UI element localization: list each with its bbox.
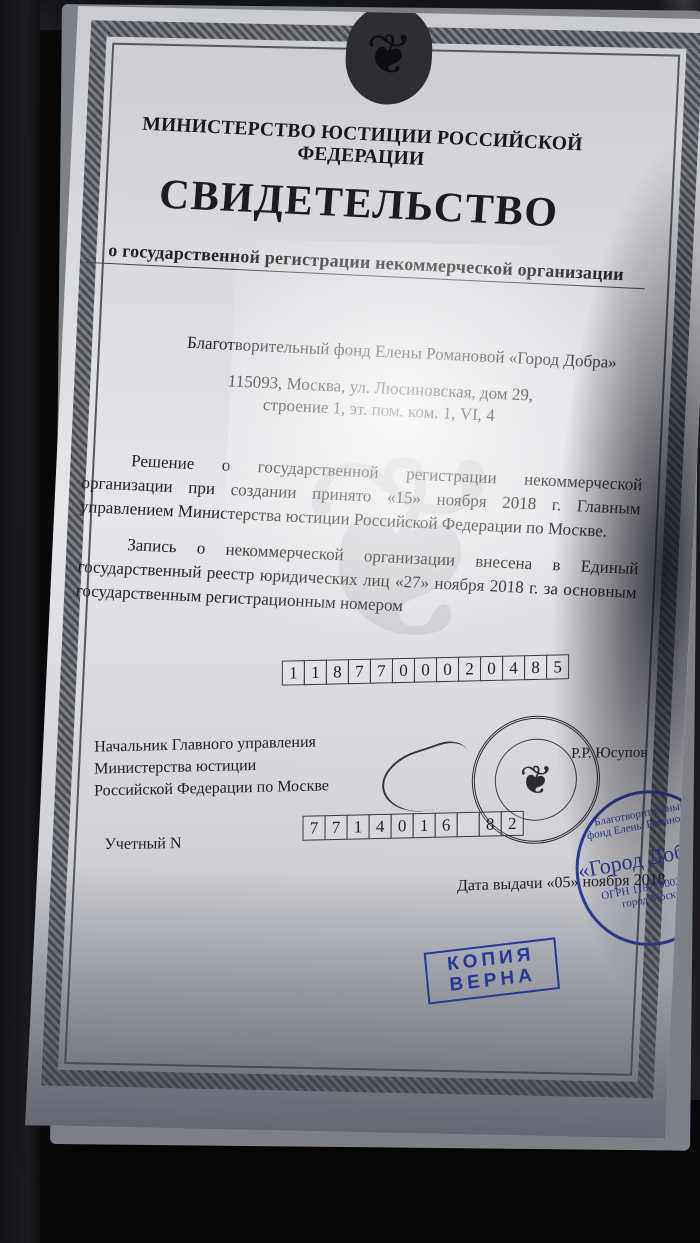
account-digit-cell: 2	[501, 811, 524, 837]
account-number-label: Учетный N	[104, 835, 181, 854]
account-digit-cell: 6	[435, 812, 458, 838]
bottom-shadow	[25, 865, 677, 1138]
account-digit-cell: 1	[413, 813, 436, 839]
ogrn-digit-cell: 0	[480, 656, 503, 682]
ogrn-digit-cell: 1	[282, 660, 305, 686]
account-digit-cell: 7	[302, 815, 325, 841]
account-number: 771401682	[303, 811, 523, 841]
account-digit-cell: 8	[479, 811, 502, 837]
ogrn-digit-cell: 8	[326, 659, 349, 685]
ogrn-digit-cell: 2	[458, 656, 481, 682]
account-digit-cell: 1	[347, 814, 370, 840]
account-digit-cell	[457, 812, 480, 838]
ogrn-digit-cell: 7	[370, 658, 393, 684]
ogrn-digit-cell: 0	[414, 657, 437, 683]
certificate-document: ❦ ❦ МИНИСТЕРСТВО ЮСТИЦИИ РОССИЙСКОЙ ФЕДЕ…	[25, 6, 700, 1139]
account-digit-cell: 0	[391, 813, 414, 839]
ogrn-digit-cell: 1	[304, 660, 327, 686]
chief-title: Начальник Главного управления Министерст…	[94, 730, 374, 802]
ogrn-digit-cell: 0	[392, 658, 415, 684]
ogrn-digit-cell: 7	[348, 659, 371, 685]
ogrn-digit-cell: 0	[436, 657, 459, 683]
account-digit-cell: 7	[325, 815, 348, 841]
ogrn-digit-cell: 4	[502, 655, 525, 681]
account-digit-cell: 4	[369, 814, 392, 840]
ogrn-digit-cell: 8	[524, 655, 547, 681]
